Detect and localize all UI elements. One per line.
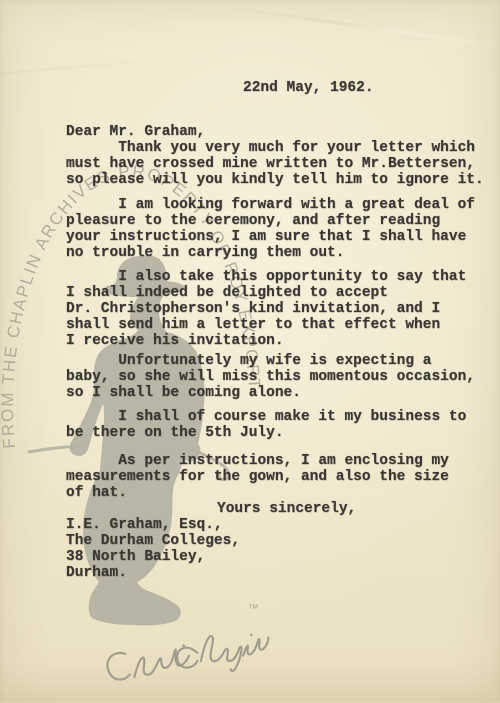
typed-letter: 22nd May, 1962. Dear Mr. Graham, Thank y… bbox=[0, 0, 500, 703]
paragraph-5: I shall of course make it my business to… bbox=[66, 409, 498, 441]
salutation: Dear Mr. Graham, bbox=[66, 124, 498, 140]
letter-page: FROM THE CHAPLIN ARCHIVES PROPERTY OF RO… bbox=[0, 0, 500, 703]
paragraph-6: As per instructions, I am enclosing my m… bbox=[66, 453, 498, 501]
letter-date: 22nd May, 1962. bbox=[243, 80, 374, 96]
paragraph-3: I also take this opportunity to say that… bbox=[66, 269, 498, 349]
recipient-address: I.E. Graham, Esq., The Durham Colleges, … bbox=[66, 517, 498, 581]
paragraph-4: Unfortunately my wife is expecting a bab… bbox=[66, 353, 498, 401]
closing-line: Yours sincerely, bbox=[66, 501, 498, 517]
paragraph-1: Thank you very much for your letter whic… bbox=[66, 140, 498, 188]
letter-body: Dear Mr. Graham, Thank you very much for… bbox=[66, 124, 498, 581]
paragraph-2: I am looking forward with a great deal o… bbox=[66, 197, 498, 261]
